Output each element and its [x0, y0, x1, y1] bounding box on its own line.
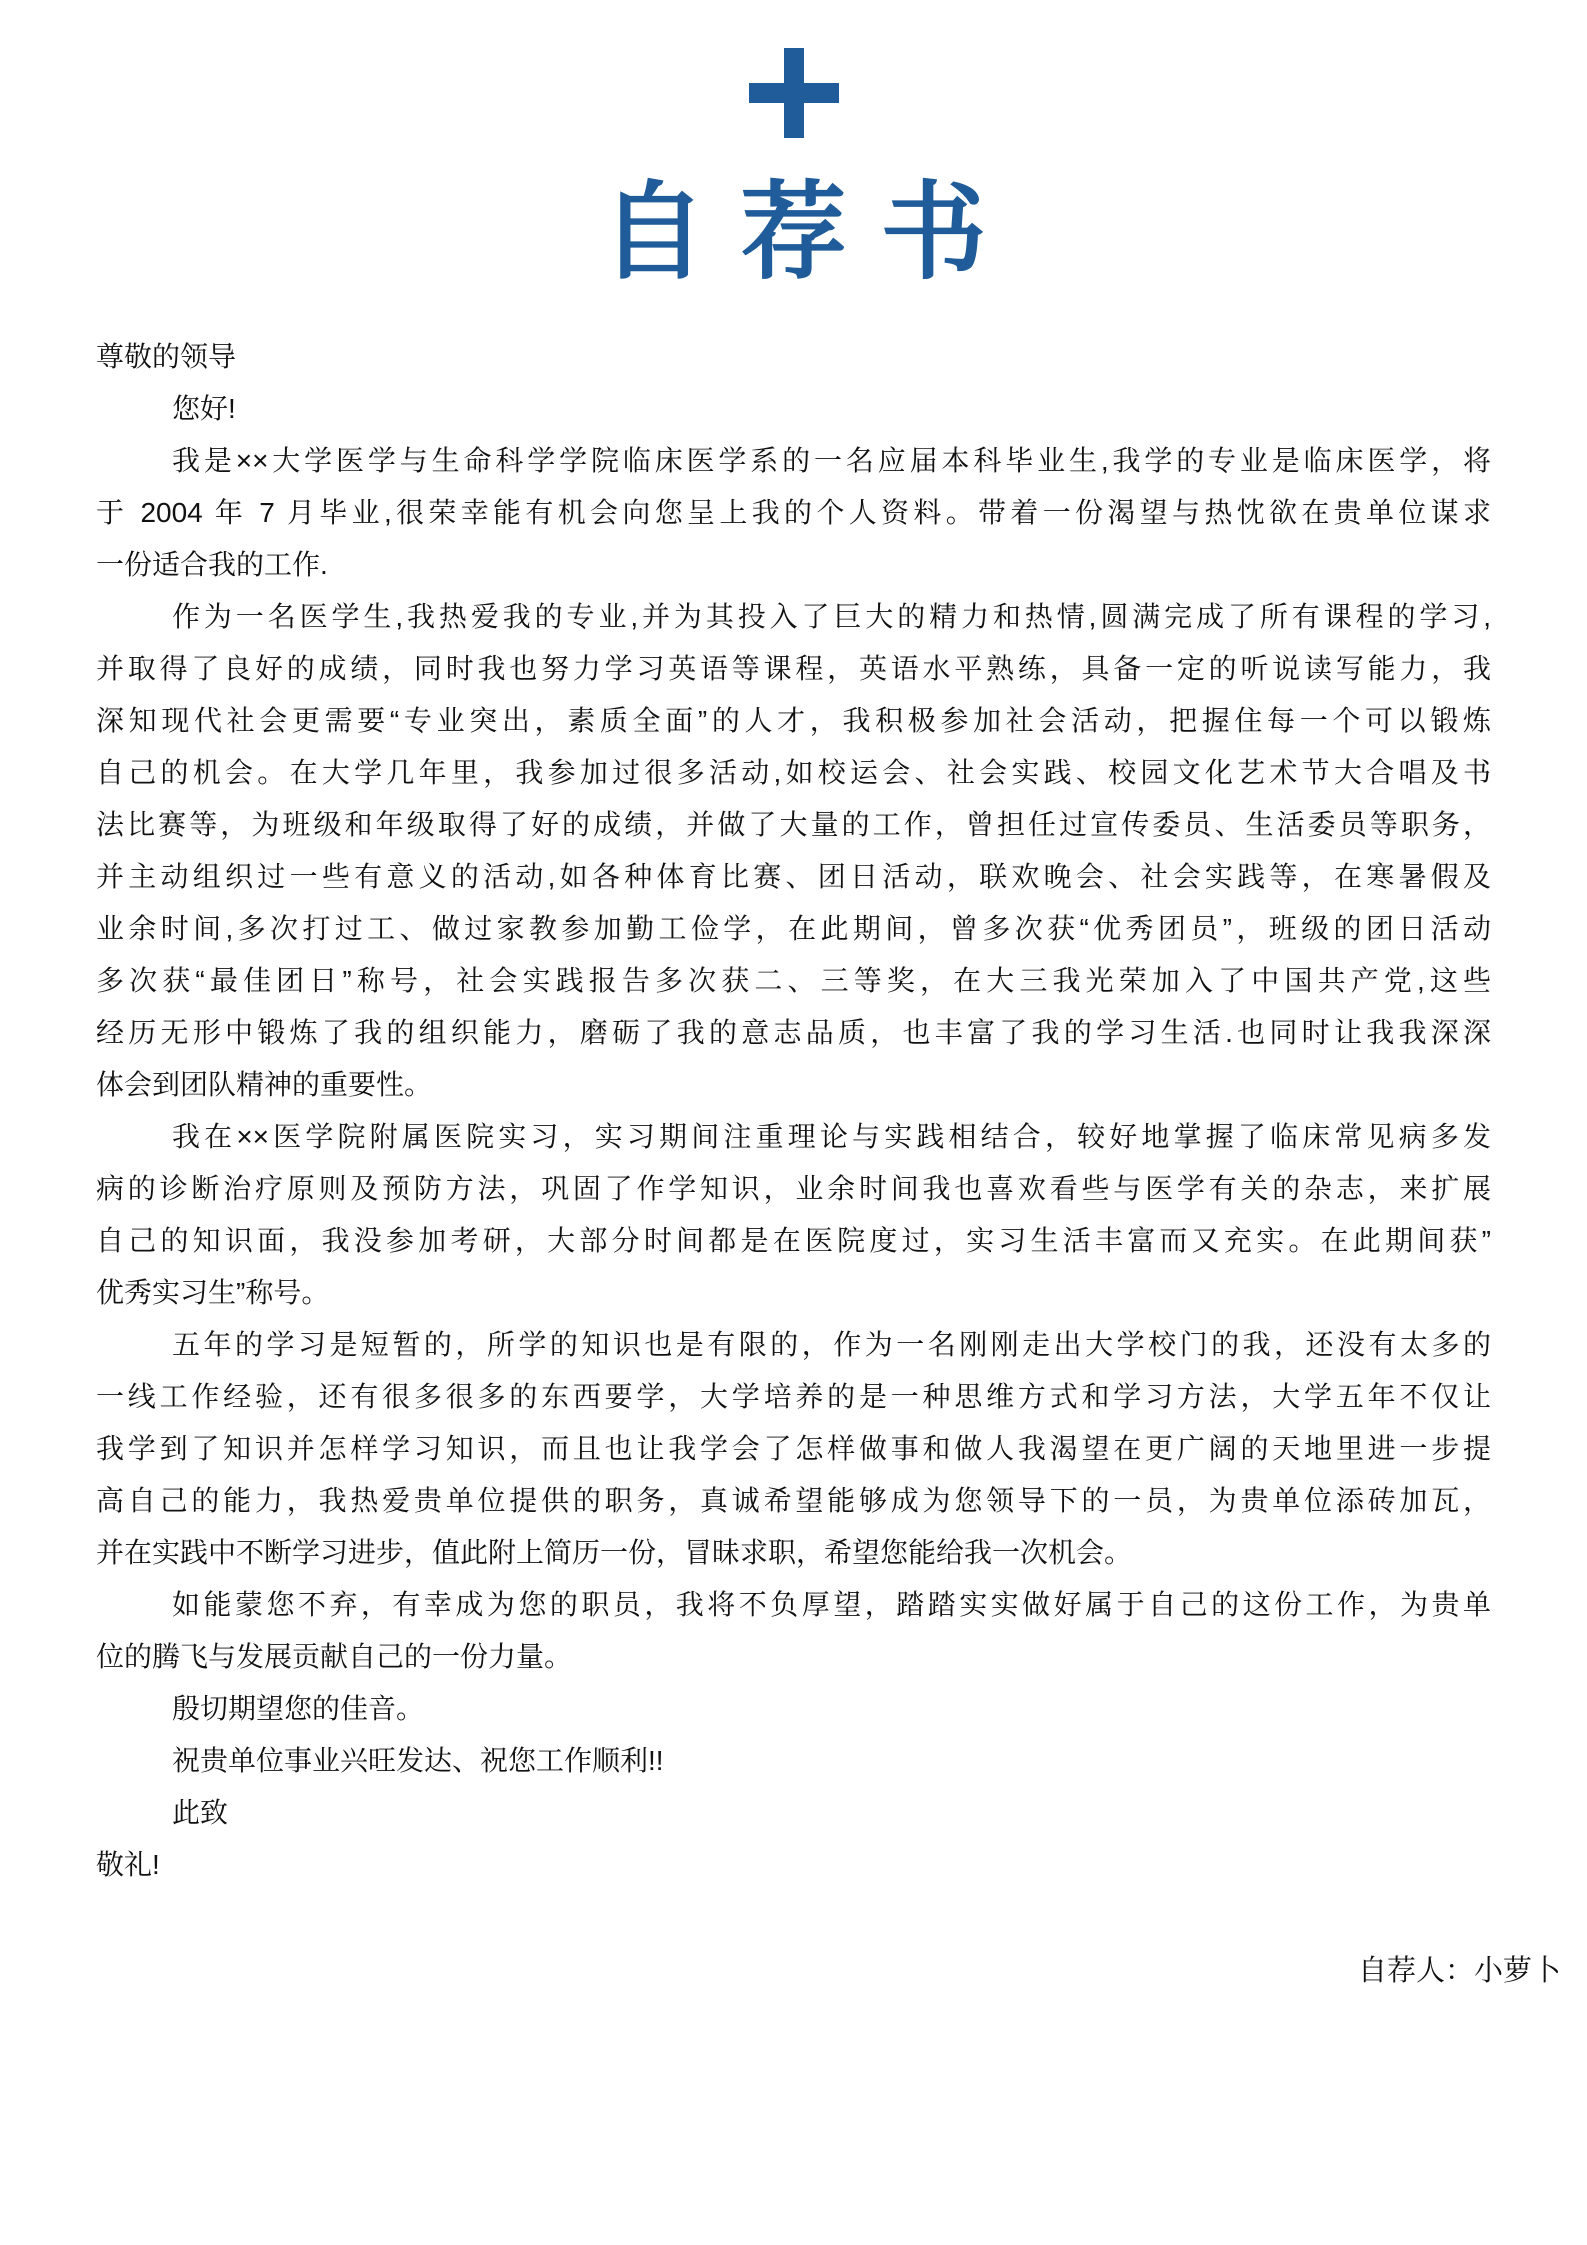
signature: 自荐人：小萝卜 [0, 1945, 1587, 1997]
para-cizhi: 此致 [96, 1787, 1491, 1839]
text-line: 五年的学习是短暂的，所学的知识也是有限的，作为一名刚刚走出大学校门的我，还没有太… [96, 1319, 1491, 1371]
para-wishes: 祝贵单位事业兴旺发达、祝您工作顺利!! [96, 1735, 1491, 1787]
text-line: 业余时间,多次打过工、做过家教参加勤工俭学，在此期间，曾多次获“优秀团员”，班级… [96, 903, 1491, 955]
text-line: 法比赛等，为班级和年级取得了好的成绩，并做了大量的工作，曾担任过宣传委员、生活委… [96, 799, 1491, 851]
text-line: 一线工作经验，还有很多很多的东西要学，大学培养的是一种思维方式和学习方法，大学五… [96, 1371, 1491, 1423]
para-promise: 如能蒙您不弃，有幸成为您的职员，我将不负厚望，踏踏实实做好属于自己的这份工作，为… [96, 1579, 1491, 1683]
text-line: 自己的机会。在大学几年里，我参加过很多活动,如校运会、社会实践、校园文化艺术节大… [96, 747, 1491, 799]
text-line: 殷切期望您的佳音。 [96, 1683, 1491, 1735]
text-line: 并取得了良好的成绩，同时我也努力学习英语等课程，英语水平熟练，具备一定的听说读写… [96, 643, 1491, 695]
text-line: 优秀实习生”称号。 [96, 1267, 1491, 1319]
para-hope: 殷切期望您的佳音。 [96, 1683, 1491, 1735]
text-line: 我是××大学医学与生命科学学院临床医学系的一名应届本科毕业生,我学的专业是临床医… [96, 435, 1491, 487]
text-line: 多次获“最佳团日”称号，社会实践报告多次获二、三等奖，在大三我光荣加入了中国共产… [96, 955, 1491, 1007]
page-title: 自荐书 [0, 168, 1587, 301]
text-line: 我在××医学院附属医院实习，实习期间注重理论与实践相结合，较好地掌握了临床常见病… [96, 1111, 1491, 1163]
text-line: 并主动组织过一些有意义的活动,如各种体育比赛、团日活动，联欢晚会、社会实践等，在… [96, 851, 1491, 903]
text-line: 尊敬的领导 [96, 331, 1491, 383]
greeting: 您好! [96, 383, 1491, 435]
text-line: 您好! [96, 383, 1491, 435]
text-line: 深知现代社会更需要“专业突出，素质全面”的人才，我积极参加社会活动，把握住每一个… [96, 695, 1491, 747]
text-line: 经历无形中锻炼了我的组织能力，磨砺了我的意志品质，也丰富了我的学习生活.也同时让… [96, 1007, 1491, 1059]
para-jingli: 敬礼! [96, 1839, 1491, 1891]
text-line: 并在实践中不断学习进步，值此附上简历一份，冒昧求职，希望您能给我一次机会。 [96, 1527, 1491, 1579]
text-line: 作为一名医学生,我热爱我的专业,并为其投入了巨大的精力和热情,圆满完成了所有课程… [96, 591, 1491, 643]
para-study-activities: 作为一名医学生,我热爱我的专业,并为其投入了巨大的精力和热情,圆满完成了所有课程… [96, 591, 1491, 1111]
text-line: 此致 [96, 1787, 1491, 1839]
para-intro: 我是××大学医学与生命科学学院临床医学系的一名应届本科毕业生,我学的专业是临床医… [96, 435, 1491, 591]
text-line: 祝贵单位事业兴旺发达、祝您工作顺利!! [96, 1735, 1491, 1787]
text-line: 于 2004 年 7 月毕业,很荣幸能有机会向您呈上我的个人资料。带着一份渴望与… [96, 487, 1491, 539]
medical-cross-icon [749, 48, 839, 138]
text-line: 高自己的能力，我热爱贵单位提供的职务，真诚希望能够成为您领导下的一员，为贵单位添… [96, 1475, 1491, 1527]
text-line: 我学到了知识并怎样学习知识，而且也让我学会了怎样做事和做人我渴望在更广阔的天地里… [96, 1423, 1491, 1475]
text-line: 如能蒙您不弃，有幸成为您的职员，我将不负厚望，踏踏实实做好属于自己的这份工作，为… [96, 1579, 1491, 1631]
text-line: 位的腾飞与发展贡献自己的一份力量。 [96, 1631, 1491, 1683]
text-line: 病的诊断治疗原则及预防方法，巩固了作学知识，业余时间我也喜欢看些与医学有关的杂志… [96, 1163, 1491, 1215]
text-line: 体会到团队精神的重要性。 [96, 1059, 1491, 1111]
para-outlook: 五年的学习是短暂的，所学的知识也是有限的，作为一名刚刚走出大学校门的我，还没有太… [96, 1319, 1491, 1579]
letter-page: 自荐书 尊敬的领导您好!我是××大学医学与生命科学学院临床医学系的一名应届本科毕… [0, 0, 1587, 2245]
letter-body: 尊敬的领导您好!我是××大学医学与生命科学学院临床医学系的一名应届本科毕业生,我… [0, 331, 1587, 1891]
salutation: 尊敬的领导 [96, 331, 1491, 383]
text-line: 一份适合我的工作. [96, 539, 1491, 591]
para-internship: 我在××医学院附属医院实习，实习期间注重理论与实践相结合，较好地掌握了临床常见病… [96, 1111, 1491, 1319]
text-line: 敬礼! [96, 1839, 1491, 1891]
text-line: 自己的知识面，我没参加考研，大部分时间都是在医院度过，实习生活丰富而又充实。在此… [96, 1215, 1491, 1267]
